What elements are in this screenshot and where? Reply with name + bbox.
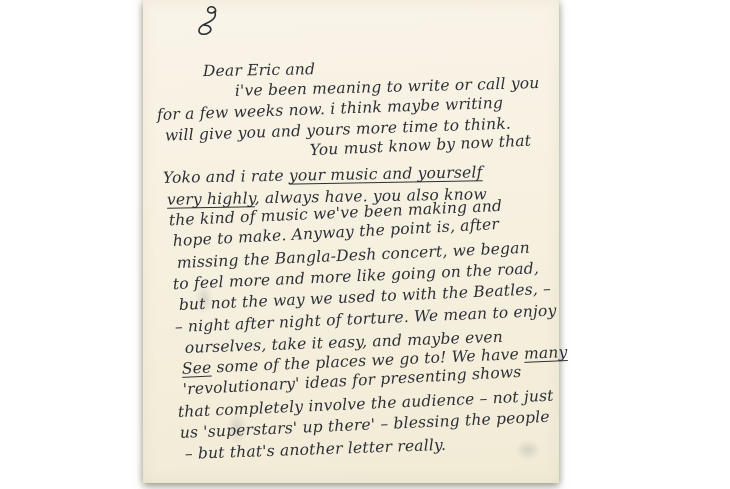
hand-drawn-loop-doodle-icon xyxy=(191,5,225,37)
letter-paper: Dear Eric and i've been meaning to write… xyxy=(143,0,559,483)
phrase: Yoko and i rate xyxy=(163,167,289,187)
underlined-phrase: very highly xyxy=(167,189,255,209)
photo-background: Dear Eric and i've been meaning to write… xyxy=(0,0,730,489)
underlined-phrase: See xyxy=(181,359,211,378)
letter-lines: i've been meaning to write or call youfo… xyxy=(155,83,553,466)
underlined-phrase: your music and yourself xyxy=(289,164,483,185)
letter-body: Dear Eric and i've been meaning to write… xyxy=(155,62,553,467)
